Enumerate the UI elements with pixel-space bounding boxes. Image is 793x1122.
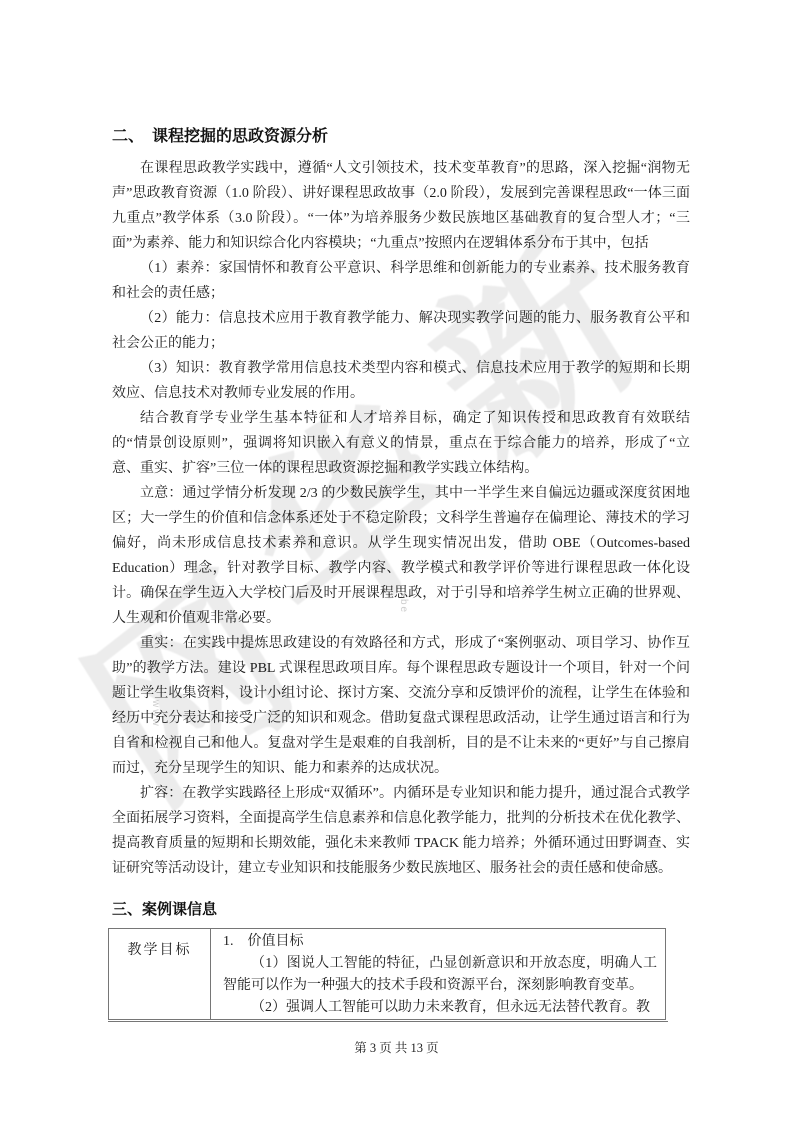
table-row-label: 教学目标 [109, 929, 211, 1020]
paragraph-principle: 结合教育学专业学生基本特征和人才培养目标，确定了知识传授和思政教育有效联结的“情… [112, 406, 690, 481]
value-goal-item-1: （1）图说人工智能的特征，凸显创新意识和开放态度，明确人工智能可以作为一种强大的… [223, 953, 657, 997]
section-2-heading: 二、 课程挖掘的思政资源分析 [112, 126, 690, 148]
paragraph-zhishi: （3）知识：教育教学常用信息技术类型内容和模式、信息技术应用于教学的短期和长期效… [112, 356, 690, 406]
paragraph-intro: 在课程思政教学实践中，遵循“人文引领技术，技术变革教育”的思路，深入挖掘“润物无… [112, 156, 690, 256]
page-content: 二、 课程挖掘的思政资源分析 在课程思政教学实践中，遵循“人文引领技术，技术变革… [112, 126, 690, 906]
table-row: 教学目标 1. 价值目标 （1）图说人工智能的特征，凸显创新意识和开放态度，明确… [109, 929, 666, 1020]
paragraph-zhongshi: 重实：在实践中提炼思政建设的有效路径和方式，形成了“案例驱动、项目学习、协作互助… [112, 631, 690, 781]
case-info-table: 教学目标 1. 价值目标 （1）图说人工智能的特征，凸显创新意识和开放态度，明确… [108, 928, 668, 1022]
paragraph-nengli: （2）能力：信息技术应用于教育教学能力、解决现实教学问题的能力、服务教育公平和社… [112, 306, 690, 356]
paragraph-suyang: （1）素养：家国情怀和教育公平意识、科学思维和创新能力的专业素养、技术服务教育和… [112, 256, 690, 306]
section-3: 三、案例课信息 教学目标 1. 价值目标 （1）图说人工智能的特征，凸显创新意识… [112, 900, 690, 1022]
value-goal-item-2: （2）强调人工智能可以助力未来教育，但永远无法替代教育。教 [223, 997, 657, 1019]
page-number: 第 3 页 共 13 页 [0, 1038, 793, 1056]
paragraph-liyi: 立意：通过学情分析发现 2/3 的少数民族学生，其中一半学生来自偏远边疆或深度贫… [112, 481, 690, 631]
paragraph-kuorong: 扩容：在教学实践路径上形成“双循环”。内循环是专业知识和能力提升，通过混合式教学… [112, 781, 690, 881]
section-3-heading: 三、案例课信息 [112, 900, 690, 920]
value-goal-title: 1. 价值目标 [223, 931, 657, 953]
document-page: 新 华 网 xbe www 二、 课程挖掘的思政资源分析 在课程思政教学实践中，… [0, 0, 793, 1122]
table-row-content: 1. 价值目标 （1）图说人工智能的特征，凸显创新意识和开放态度，明确人工智能可… [211, 929, 666, 1020]
